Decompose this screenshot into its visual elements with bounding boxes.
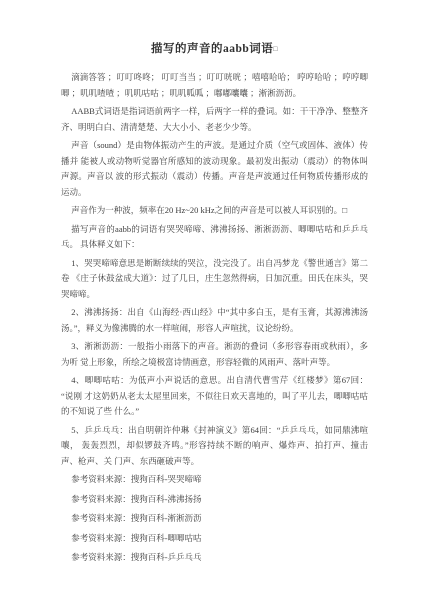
reference-line: 参考资料来源：搜狗百科-乒乒乓乓 — [61, 550, 368, 565]
document-page: 描写的声音的aabb词语□ 滴滴答答 ；叮叮咚咚； 叮叮当当 ；叮叮咣咣 ；嘻嘻… — [0, 0, 424, 600]
reference-line: 参考资料来源：搜狗百科-淅淅沥沥 — [61, 511, 368, 526]
reference-line: 参考资料来源：搜狗百科-哭哭啼啼 — [61, 472, 368, 487]
page-title-text: 描写的声音的aabb词语 — [151, 43, 273, 55]
paragraph-item-1-kukutiti: 1、哭哭啼啼意思是断断续续的哭泣，没完没了。出自冯梦龙《警世通言》第二卷 《庄子… — [61, 256, 368, 303]
reference-line: 参考资料来源：搜狗百科-唧唧咕咕 — [61, 531, 368, 546]
paragraph-sound-definition: 声音（sound）是由物体振动产生的声波。是通过介质（空气或固体、液体）传播并 … — [61, 138, 368, 200]
page-title: 描写的声音的aabb词语□ — [61, 40, 368, 56]
paragraph-aabb-intro: 描写声音的aabb的词语有哭哭啼啼、沸沸扬扬、淅淅沥沥、唧唧咕咕和乒乒乓乓。 具… — [61, 222, 368, 253]
title-footnote-mark: □ — [273, 45, 278, 53]
paragraph-sound-words-list: 滴滴答答 ；叮叮咚咚； 叮叮当当 ；叮叮咣咣 ；嘻嘻哈哈； 哼哼哈哈 ；哼哼唧唧… — [61, 70, 368, 101]
paragraph-aabb-definition: AABB式词语是指词语前两字一样，后两字一样的叠词。如：干干净净、整整齐齐、明明… — [61, 104, 368, 135]
paragraph-item-2-feifeiyangyang: 2、沸沸扬扬：出自《山海经·西山经》中“其中多白玉，是有玉膏，其源沸沸汤 汤。”… — [61, 305, 368, 336]
paragraph-sound-frequency: 声音作为一种波，频率在20 Hz~20 kHz之间的声音是可以被人耳识别的。□ — [61, 203, 368, 219]
paragraph-item-5-pingpingpangpang: 5、乒乒乓乓：出自明朝许仲琳《封神演义》第64回：“乒乒乓乓，如同鼎沸喧嚷， 轰… — [61, 423, 368, 470]
paragraph-item-3-xixilili: 3、淅淅沥沥：一般指小雨落下的声音。淅沥的叠词（多形容春雨或秋雨），多为听 觉上… — [61, 339, 368, 370]
reference-line: 参考资料来源：搜狗百科-沸沸扬扬 — [61, 492, 368, 507]
paragraph-item-4-jijigugu: 4、唧唧咕咕：为低声小声说话的意思。出自清代曹雪芹《红楼梦》第67回：“说刚 才… — [61, 373, 368, 420]
